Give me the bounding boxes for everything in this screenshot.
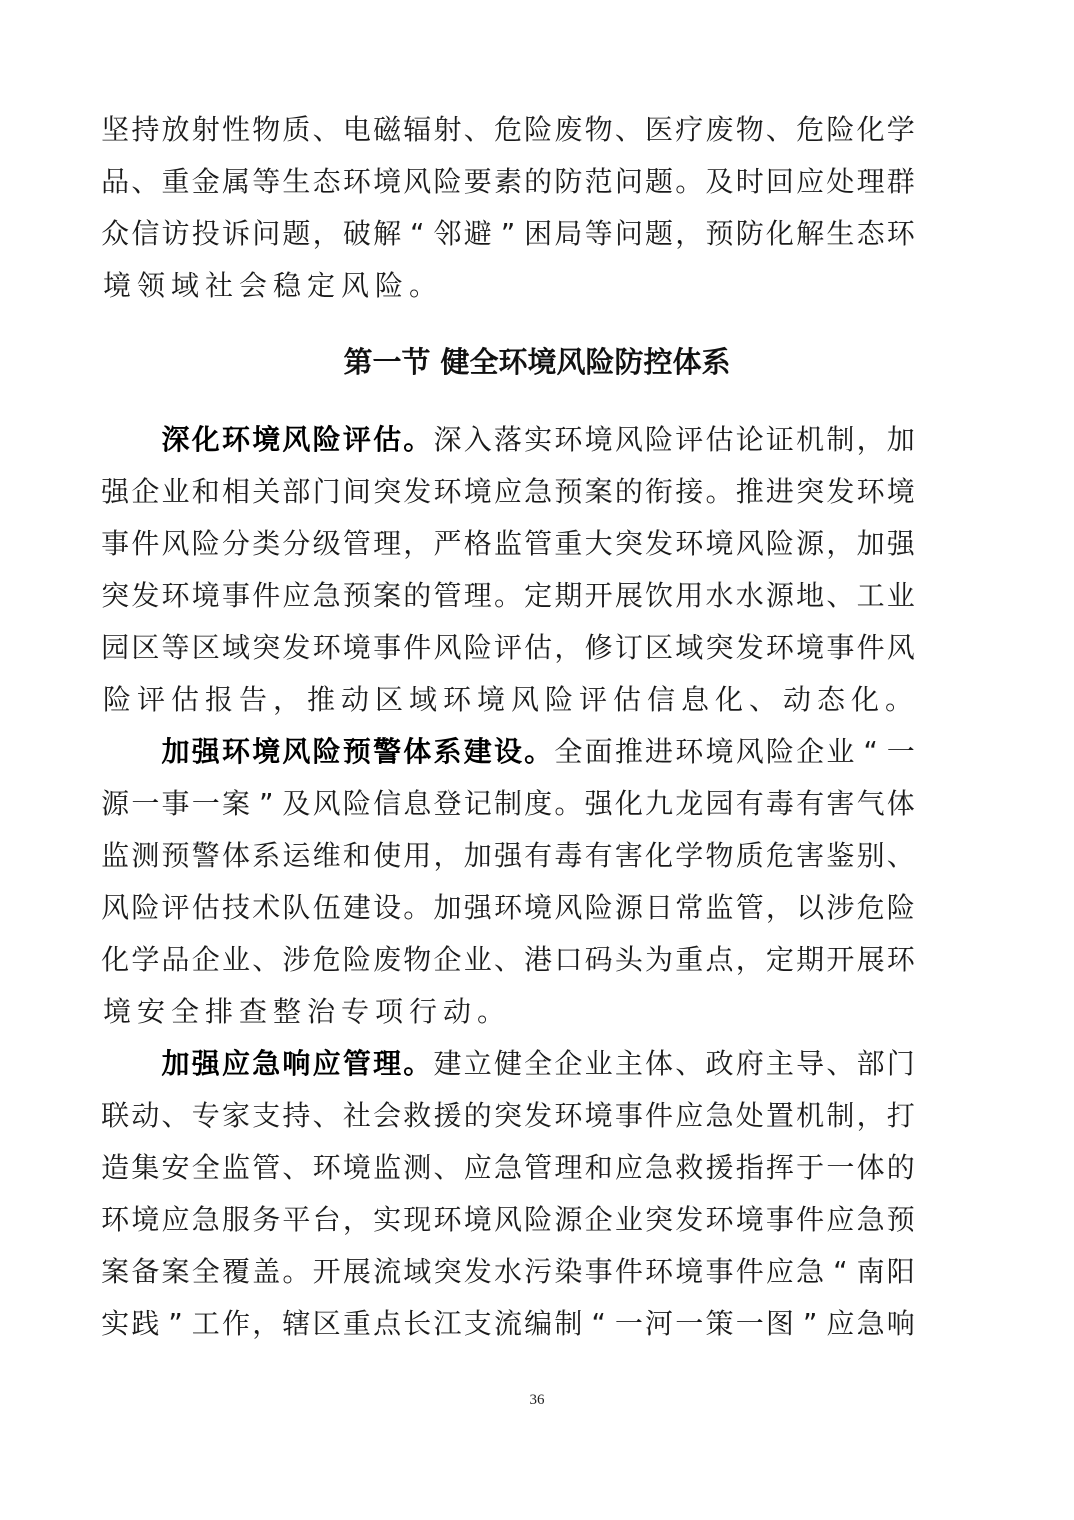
text-line: 环境应急服务平台，实现环境风险源企业突发环境事件应急预 [100, 1194, 916, 1246]
text-line: 监测预警体系运维和使用，加强有毒有害化学物质危害鉴别、 [100, 830, 916, 882]
text-line: 事件风险分类分级管理，严格监管重大突发环境风险源，加强 [100, 518, 916, 570]
text-line: 品、重金属等生态环境风险要素的防范问题。及时回应处理群 [100, 156, 916, 208]
text-line: 强企业和相关部门间突发环境应急预案的衔接。推进突发环境 [100, 466, 916, 518]
text-line: 化学品企业、涉危险废物企业、港口码头为重点，定期开展环 [100, 934, 916, 986]
text-line: 园区等区域突发环境事件风险评估，修订区域突发环境事件风 [100, 622, 916, 674]
text-line: 加强应急响应管理。建立健全企业主体、政府主导、部门 [100, 1038, 916, 1090]
text-line: 联动、专家支持、社会救援的突发环境事件应急处置机制，打 [100, 1090, 916, 1142]
paragraph-emergency-response: 加强应急响应管理。建立健全企业主体、政府主导、部门联动、专家支持、社会救援的突发… [100, 1038, 916, 1350]
paragraph-early-warning: 加强环境风险预警体系建设。全面推进环境风险企业“一源一事一案”及风险信息登记制度… [100, 726, 916, 1038]
text-line: 案备案全覆盖。开展流域突发水污染事件环境事件应急“南阳 [100, 1246, 916, 1298]
paragraph-risk-assessment: 深化环境风险评估。深入落实环境风险评估论证机制，加强企业和相关部门间突发环境应急… [100, 414, 916, 726]
intro-paragraph: 坚持放射性物质、电磁辐射、危险废物、医疗废物、危险化学品、重金属等生态环境风险要… [100, 104, 916, 312]
text-line: 坚持放射性物质、电磁辐射、危险废物、医疗废物、危险化学 [100, 104, 916, 156]
page-number: 36 [0, 1392, 1074, 1409]
section-heading: 第一节 健全环境风险防控体系 [0, 336, 1074, 388]
text-line: 加强环境风险预警体系建设。全面推进环境风险企业“一 [100, 726, 916, 778]
text-line: 造集安全监管、环境监测、应急管理和应急救援指挥于一体的 [100, 1142, 916, 1194]
text-line: 实践”工作，辖区重点长江支流编制“一河一策一图”应急响 [100, 1298, 916, 1350]
text-line: 境安全排查整治专项行动。 [100, 986, 916, 1038]
text-line: 突发环境事件应急预案的管理。定期开展饮用水水源地、工业 [100, 570, 916, 622]
text-line: 境领域社会稳定风险。 [100, 260, 916, 312]
text-line: 险评估报告，推动区域环境风险评估信息化、动态化。 [100, 674, 916, 726]
text-line: 深化环境风险评估。深入落实环境风险评估论证机制，加 [100, 414, 916, 466]
text-line: 众信访投诉问题，破解“邻避”困局等问题，预防化解生态环 [100, 208, 916, 260]
text-line: 源一事一案”及风险信息登记制度。强化九龙园有毒有害气体 [100, 778, 916, 830]
text-line: 风险评估技术队伍建设。加强环境风险源日常监管，以涉危险 [100, 882, 916, 934]
